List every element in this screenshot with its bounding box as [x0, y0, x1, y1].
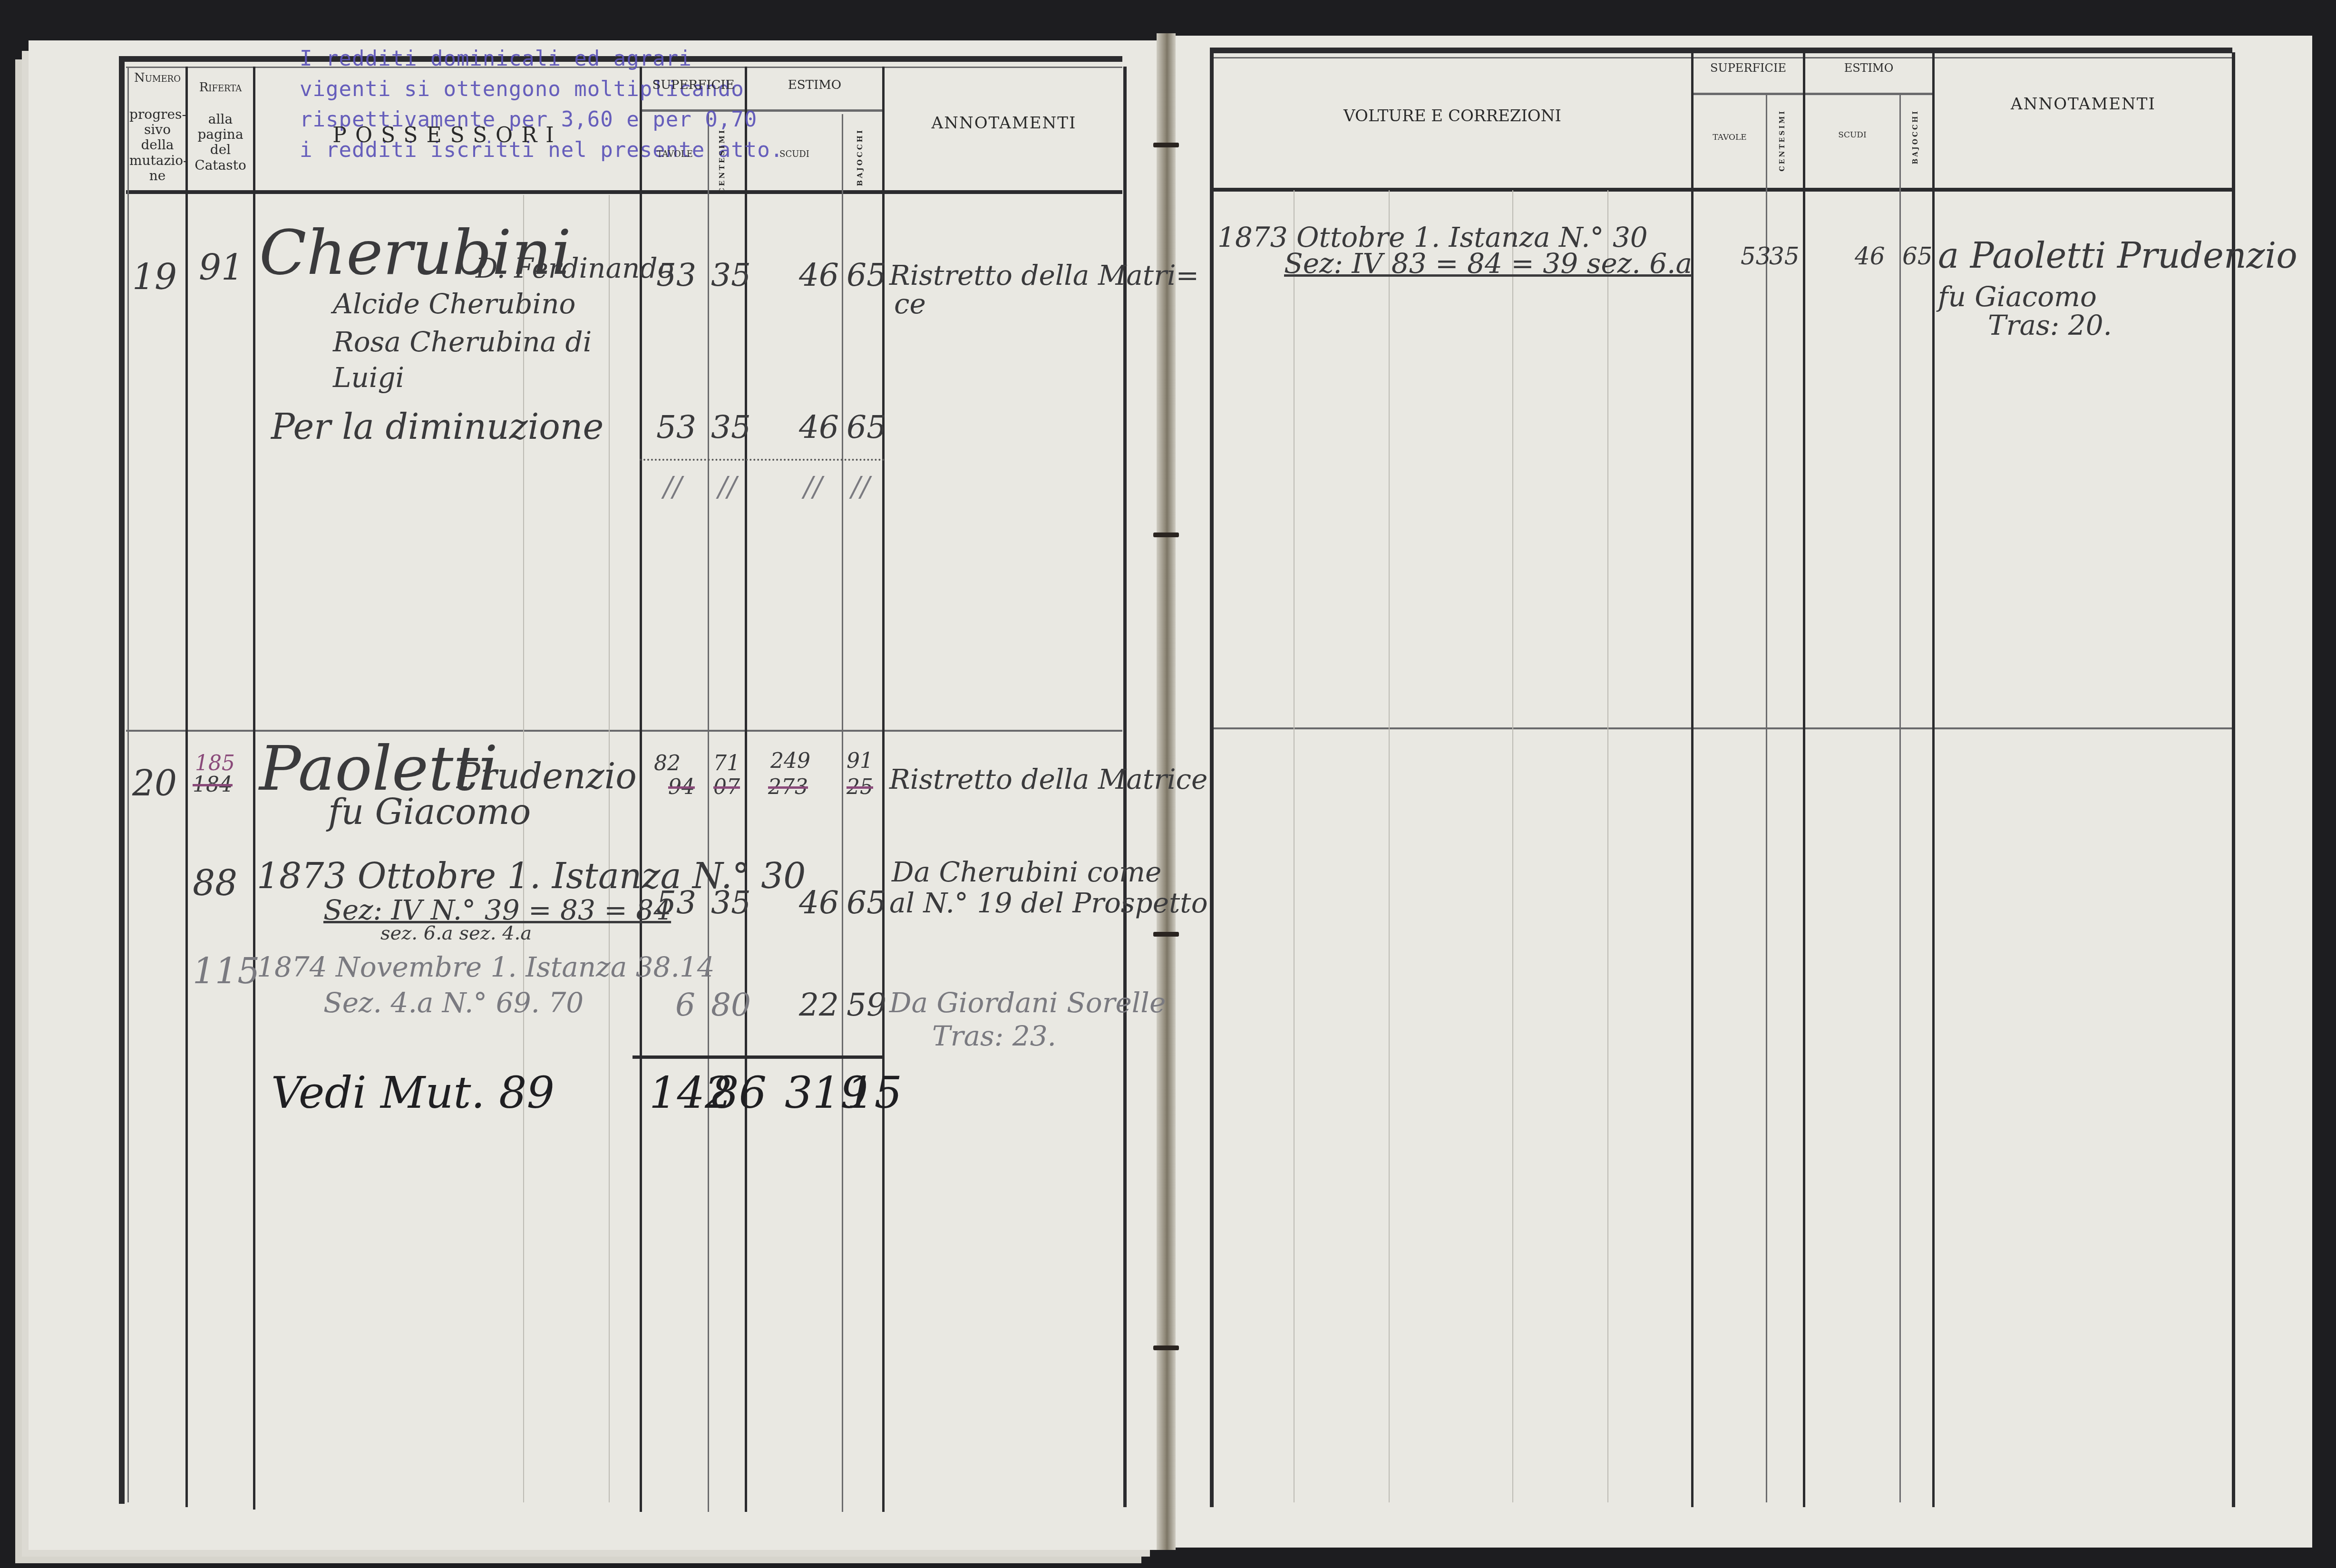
annotamento-line: Tras: 20.: [1988, 309, 2112, 341]
annotamento-line: ce: [894, 288, 926, 320]
superficie-centesimi: 35: [1769, 242, 1800, 270]
header-riferta: Riferta: [188, 81, 253, 95]
header-annotamenti: ANNOTAMENTI: [885, 114, 1123, 133]
sub-entry-riferta: 115: [193, 951, 260, 992]
header-text: Catasto: [188, 158, 253, 173]
header-text: del: [188, 142, 253, 157]
header-centesimi: CENTESIMI: [718, 128, 726, 194]
possessore-line: Luigi: [333, 361, 404, 394]
sub-entry-text: 1874 Novembre 1. Istanza 38.14: [257, 951, 715, 983]
possessore-line: D. Ferdinando: [476, 252, 674, 284]
sezione-text: Sez: IV N.° 39 = 83 = 84: [323, 894, 671, 926]
annotamento-line: Da Cherubini come: [892, 856, 1161, 888]
header-estimo: ESTIMO: [1805, 62, 1932, 75]
header-text: ne: [129, 168, 185, 184]
total-bajocchi: 15: [847, 1067, 902, 1118]
total-centesimi: 86: [711, 1067, 767, 1118]
diminuzione-bajocchi: 65: [847, 409, 886, 445]
entry-riferta: 91: [199, 247, 243, 288]
estimo-bajocchi-new: 91: [847, 749, 873, 773]
header-superficie: SUPERFICIE: [1694, 62, 1803, 75]
possessore-line: Alcide Cherubino: [333, 288, 575, 320]
possessore-line: fu Giacomo: [328, 792, 531, 832]
entry-riferta-struck: 184: [193, 773, 233, 797]
entry-numero: 20: [132, 763, 177, 804]
estimo-bajocchi: 65: [847, 884, 886, 921]
annotamento-line: al N.° 19 del Prospetto: [889, 887, 1208, 919]
sub-entry-text: Sez: IV N.° 39 = 83 = 84: [323, 894, 671, 926]
header-text: della: [129, 137, 185, 153]
estimo-scudi: 46: [1855, 242, 1885, 270]
header-riferta-sub: alla pagina del Catasto: [188, 112, 253, 173]
estimo-scudi-new: 249: [770, 749, 810, 773]
diminuzione-centesimi: 35: [711, 409, 751, 445]
balance-mark: //: [804, 471, 822, 503]
header-numero: Numero: [129, 71, 185, 86]
diminuzione-label: Per la diminuzione: [271, 407, 603, 447]
estimo-scudi: 46: [799, 884, 839, 921]
estimo-scudi: 46: [799, 257, 839, 293]
binding-staple: [1153, 532, 1179, 537]
estimo-scudi: 22: [799, 987, 839, 1023]
superficie-tavole: 53: [1741, 242, 1771, 270]
header-scudi: SCUDI: [747, 150, 842, 160]
annotamento-line: Da Giordani Sorelle: [889, 987, 1166, 1019]
balance-mark: //: [718, 471, 737, 503]
struck-value: 273: [768, 775, 808, 799]
header-numero-sub: progres- sivo della mutazio- ne: [129, 107, 185, 184]
header-text: alla: [188, 112, 253, 127]
header-tavole: TAVOLE: [642, 150, 708, 160]
header-bajocchi: BAJOCCHI: [1912, 109, 1919, 165]
struck-value: 07: [713, 775, 740, 799]
header-centesimi: CENTESIMI: [1779, 109, 1786, 171]
balance-rule: [640, 459, 885, 461]
annotamento-line: Ristretto della Matri=: [889, 259, 1199, 291]
header-text: sivo: [129, 122, 185, 137]
superficie-tavole-struck: 94: [668, 775, 695, 799]
superficie-tavole-new: 82: [654, 751, 681, 775]
superficie-centesimi-struck: 07: [713, 775, 740, 799]
superficie-centesimi: 35: [711, 257, 751, 293]
superficie-tavole: 53: [656, 257, 696, 293]
balance-mark: //: [851, 471, 870, 503]
possessore-line: Rosa Cherubina di: [333, 326, 592, 358]
header-scudi: SCUDI: [1805, 131, 1899, 140]
header-tavole: TAVOLE: [1694, 133, 1766, 143]
diminuzione-tavole: 53: [656, 409, 696, 445]
binding-staple: [1153, 932, 1179, 937]
superficie-centesimi: 35: [711, 884, 751, 921]
estimo-bajocchi: 59: [847, 987, 886, 1023]
header-text: mutazio-: [129, 153, 185, 168]
struck-value: 25: [847, 775, 873, 799]
header-text: pagina: [188, 127, 253, 142]
annotamento-line: fu Giacomo: [1938, 281, 2097, 313]
superficie-centesimi-new: 71: [713, 751, 740, 775]
estimo-bajocchi-struck: 25: [847, 775, 873, 799]
header-estimo: ESTIMO: [747, 78, 882, 93]
possessore-line: Prudenzio: [457, 756, 637, 797]
superficie-tavole: 6: [675, 987, 695, 1023]
estimo-bajocchi: 65: [1902, 242, 1933, 270]
entry-riferta-new: 185: [195, 751, 235, 775]
diminuzione-scudi: 46: [799, 409, 839, 445]
balance-mark: //: [663, 471, 682, 503]
estimo-bajocchi: 65: [847, 257, 886, 293]
stamp-line: I redditi dominicali ed agrari: [300, 47, 692, 71]
rimando-vedi-mut: Vedi Mut. 89: [271, 1067, 555, 1118]
sezione-text: Sez: IV 83 = 84 = 39 sez. 6.a: [1284, 247, 1692, 280]
voltura-line: Sez: IV 83 = 84 = 39 sez. 6.a: [1284, 247, 1692, 280]
header-bajocchi: BAJOCCHI: [856, 128, 864, 186]
header-superficie: SUPERFICIE: [642, 78, 745, 93]
superficie-tavole: 53: [656, 884, 696, 921]
header-annotamenti: ANNOTAMENTI: [1935, 95, 2232, 114]
entry-numero: 19: [132, 257, 177, 298]
binding-staple: [1153, 1345, 1179, 1350]
header-volture: VOLTURE E CORREZIONI: [1214, 107, 1691, 126]
header-text: progres-: [129, 107, 185, 122]
struck-value: 94: [668, 775, 695, 799]
annotamento-line: a Paoletti Prudenzio: [1938, 235, 2297, 276]
estimo-scudi-struck: 273: [768, 775, 808, 799]
sub-entry-riferta: 88: [193, 863, 237, 904]
binding-staple: [1153, 143, 1179, 147]
sub-entry-text: Sez. 4.a N.° 69. 70: [323, 987, 584, 1019]
total-rule: [633, 1055, 885, 1059]
sub-entry-text: sez. 6.a sez. 4.a: [380, 922, 532, 944]
header-possessori: POSSESSORI: [255, 124, 640, 148]
annotamento-line: Tras: 23.: [932, 1020, 1056, 1052]
superficie-centesimi: 80: [711, 987, 751, 1023]
annotamento-line: Ristretto della Matrice: [889, 763, 1207, 795]
